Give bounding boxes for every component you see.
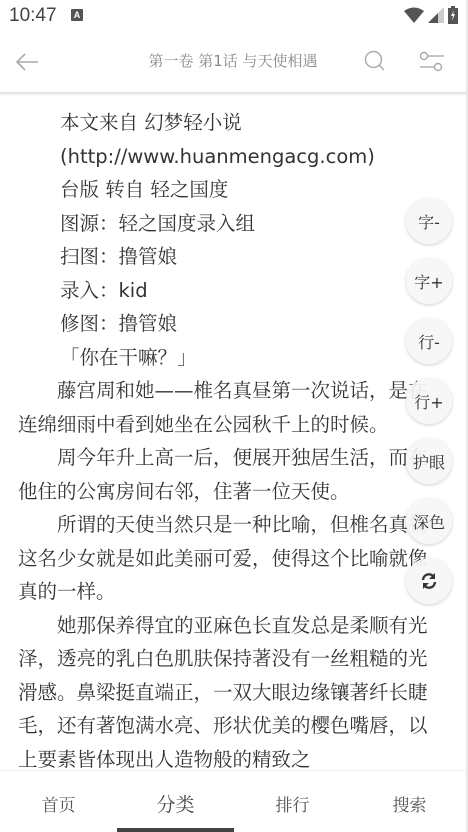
dark-mode-button[interactable]: 深色 xyxy=(406,498,452,544)
refresh-button[interactable] xyxy=(406,558,452,604)
system-icons xyxy=(404,6,458,24)
meta-line: 台版 转自 轻之国度 xyxy=(18,173,438,207)
paragraph: 周今年升上高一后，便展开独居生活，而在他住的公寓房间右邻，住著一位天使。 xyxy=(18,441,438,508)
sliders-icon xyxy=(418,50,446,74)
line-spacing-decrease-button[interactable]: 行- xyxy=(406,318,452,364)
paragraph: 她那保养得宜的亚麻色长直发总是柔顺有光泽，透亮的乳白色肌肤保持著没有一丝粗糙的光… xyxy=(18,609,438,777)
paragraph: 藤宫周和她——椎名真昼第一次说话，是在连绵细雨中看到她坐在公园秋千上的时候。 xyxy=(18,374,438,441)
paragraph: 所谓的天使当然只是一种比喻，但椎名真昼这名少女就是如此美丽可爱，使得这个比喻就像… xyxy=(18,508,438,609)
tab-ranking[interactable]: 排行 xyxy=(234,791,351,816)
status-time: 10:47 xyxy=(9,5,57,27)
wifi-icon xyxy=(404,7,424,23)
refresh-icon xyxy=(420,572,438,590)
meta-line: 「你在干嘛？」 xyxy=(18,341,438,375)
notification-icon: A xyxy=(71,9,83,21)
chapter-title: 第一卷 第1话 与天使相遇 xyxy=(0,50,466,71)
line-spacing-increase-button[interactable]: 行+ xyxy=(406,378,452,424)
app-bar: 第一卷 第1话 与天使相遇 xyxy=(0,32,466,94)
font-decrease-button[interactable]: 字- xyxy=(406,198,452,244)
font-increase-button[interactable]: 字+ xyxy=(406,258,452,304)
search-icon xyxy=(364,50,386,72)
meta-line: 录入：kid xyxy=(18,274,438,308)
meta-line: 本文来自 幻梦轻小说 xyxy=(18,106,438,140)
meta-line: (http://www.huanmengacg.com) xyxy=(18,140,438,174)
battery-charging-icon xyxy=(448,6,458,24)
meta-line: 扫图：撸管娘 xyxy=(18,240,438,274)
eye-care-mode-button[interactable]: 护眼 xyxy=(406,438,452,484)
bottom-nav: 首页 分类 排行 搜索 xyxy=(0,770,466,832)
search-button[interactable] xyxy=(364,50,386,72)
tab-category[interactable]: 分类 xyxy=(117,790,234,817)
meta-line: 图源：轻之国度录入组 xyxy=(18,207,438,241)
chapter-content: 本文来自 幻梦轻小说 (http://www.huanmengacg.com) … xyxy=(18,106,438,776)
meta-line: 修图：撸管娘 xyxy=(18,307,438,341)
tab-search[interactable]: 搜索 xyxy=(351,791,468,816)
active-tab-indicator xyxy=(117,828,234,832)
tab-home[interactable]: 首页 xyxy=(0,791,117,816)
signal-icon xyxy=(428,7,444,23)
settings-button[interactable] xyxy=(418,50,446,74)
status-bar: 10:47 A xyxy=(0,0,468,32)
